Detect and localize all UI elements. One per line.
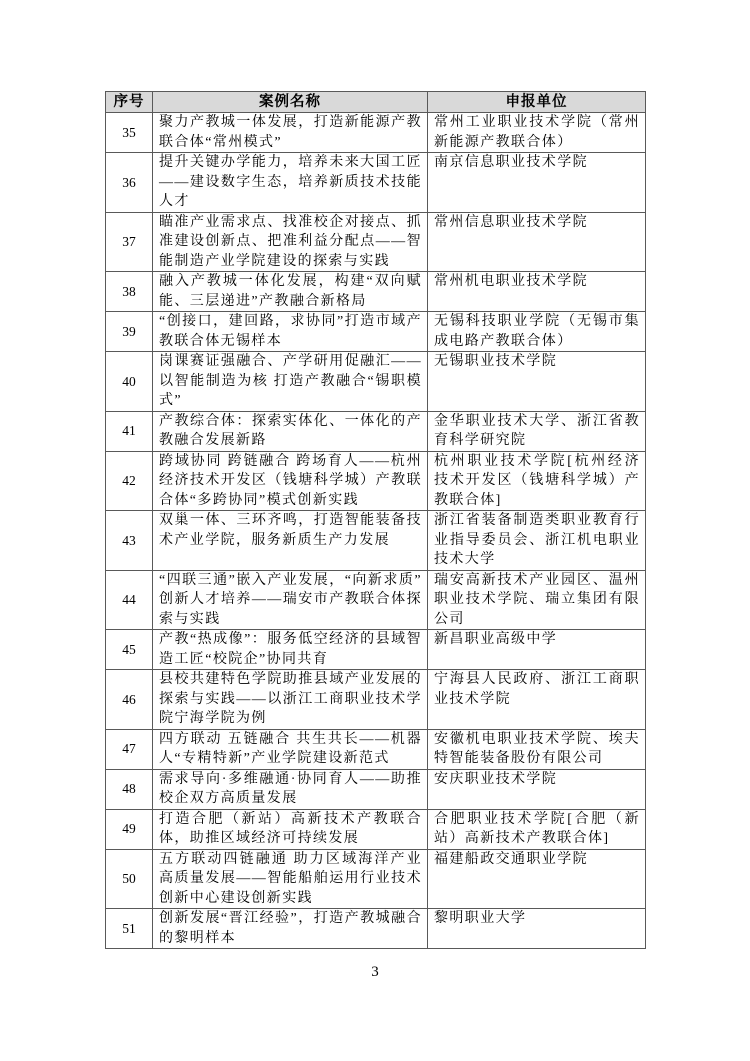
unit-cell: 常州信息职业技术学院	[428, 212, 646, 272]
unit-cell: 合肥职业技术学院[合肥（新站）高新技术产教联合体]	[428, 809, 646, 849]
case-name-cell: 融入产教城一体化发展，构建“双向赋能、三层递进”产教融合新格局	[153, 272, 428, 312]
header-cell-unit: 申报单位	[428, 92, 646, 113]
row-number-cell: 49	[106, 809, 153, 849]
table-row: 45产教“热成像”：服务低空经济的县域智造工匠“校院企”协同共育新昌职业高级中学	[106, 630, 646, 670]
row-number-cell: 41	[106, 411, 153, 451]
table-row: 44“四联三通”嵌入产业发展，“向新求质”创新人才培养——瑞安市产教联合体探索与…	[106, 570, 646, 630]
table-row: 41产教综合体：探索实体化、一体化的产教融合发展新路金华职业技术大学、浙江省教育…	[106, 411, 646, 451]
page-footer: 3	[0, 962, 750, 982]
row-number-cell: 39	[106, 312, 153, 352]
unit-cell: 黎明职业大学	[428, 909, 646, 949]
unit-cell: 无锡职业技术学院	[428, 352, 646, 412]
unit-cell: 安徽机电职业技术学院、埃夫特智能装备股份有限公司	[428, 729, 646, 769]
document-page: 序号 案例名称 申报单位 35聚力产教城一体发展，打造新能源产教联合体“常州模式…	[0, 0, 750, 1061]
row-number-cell: 38	[106, 272, 153, 312]
case-name-cell: 打造合肥（新站）高新技术产教联合体，助推区域经济可持续发展	[153, 809, 428, 849]
unit-cell: 杭州职业技术学院[杭州经济技术开发区（钱塘科学城）产教联合体]	[428, 451, 646, 511]
case-name-cell: 跨域协同 跨链融合 跨场育人——杭州经济技术开发区（钱塘科学城）产教联合体“多跨…	[153, 451, 428, 511]
unit-cell: 新昌职业高级中学	[428, 630, 646, 670]
row-number-cell: 45	[106, 630, 153, 670]
cases-table: 序号 案例名称 申报单位 35聚力产教城一体发展，打造新能源产教联合体“常州模式…	[105, 91, 646, 949]
row-number-cell: 35	[106, 113, 153, 153]
case-name-cell: 四方联动 五链融合 共生共长——机器人“专精特新”产业学院建设新范式	[153, 729, 428, 769]
case-name-cell: 岗课赛证强融合、产学研用促融汇——以智能制造为核 打造产教融合“锡职模式”	[153, 352, 428, 412]
row-number-cell: 47	[106, 729, 153, 769]
table-row: 50五方联动四链融通 助力区域海洋产业高质量发展——智能船舶运用行业技术创新中心…	[106, 849, 646, 909]
table-row: 47四方联动 五链融合 共生共长——机器人“专精特新”产业学院建设新范式安徽机电…	[106, 729, 646, 769]
case-name-cell: “四联三通”嵌入产业发展，“向新求质”创新人才培养——瑞安市产教联合体探索与实践	[153, 570, 428, 630]
case-name-cell: 产教“热成像”：服务低空经济的县域智造工匠“校院企”协同共育	[153, 630, 428, 670]
row-number-cell: 48	[106, 769, 153, 809]
table-row: 43双巢一体、三环齐鸣，打造智能装备技术产业学院，服务新质生产力发展浙江省装备制…	[106, 511, 646, 571]
unit-cell: 瑞安高新技术产业园区、温州职业技术学院、瑞立集团有限公司	[428, 570, 646, 630]
case-name-cell: 提升关键办学能力，培养未来大国工匠——建设数字生态，培养新质技术技能人才	[153, 153, 428, 213]
row-number-cell: 43	[106, 511, 153, 571]
unit-cell: 金华职业技术大学、浙江省教育科学研究院	[428, 411, 646, 451]
unit-cell: 南京信息职业技术学院	[428, 153, 646, 213]
table-row: 51创新发展“晋江经验”，打造产教城融合的黎明样本黎明职业大学	[106, 909, 646, 949]
case-name-cell: 县校共建特色学院助推县域产业发展的探索与实践——以浙江工商职业技术学院宁海学院为…	[153, 670, 428, 730]
unit-cell: 安庆职业技术学院	[428, 769, 646, 809]
row-number-cell: 36	[106, 153, 153, 213]
unit-cell: 宁海县人民政府、浙江工商职业技术学院	[428, 670, 646, 730]
table-row: 36提升关键办学能力，培养未来大国工匠——建设数字生态，培养新质技术技能人才南京…	[106, 153, 646, 213]
unit-cell: 常州工业职业技术学院（常州新能源产教联合体）	[428, 113, 646, 153]
case-name-cell: 创新发展“晋江经验”，打造产教城融合的黎明样本	[153, 909, 428, 949]
case-name-cell: 五方联动四链融通 助力区域海洋产业高质量发展——智能船舶运用行业技术创新中心建设…	[153, 849, 428, 909]
unit-cell: 福建船政交通职业学院	[428, 849, 646, 909]
unit-cell: 浙江省装备制造类职业教育行业指导委员会、浙江机电职业技术大学	[428, 511, 646, 571]
case-name-cell: 需求导向·多维融通·协同育人——助推校企双方高质量发展	[153, 769, 428, 809]
table-row: 48需求导向·多维融通·协同育人——助推校企双方高质量发展安庆职业技术学院	[106, 769, 646, 809]
table-row: 37瞄准产业需求点、找准校企对接点、抓准建设创新点、把准利益分配点——智能制造产…	[106, 212, 646, 272]
header-cell-number: 序号	[106, 92, 153, 113]
row-number-cell: 40	[106, 352, 153, 412]
unit-cell: 常州机电职业技术学院	[428, 272, 646, 312]
row-number-cell: 50	[106, 849, 153, 909]
table-row: 35聚力产教城一体发展，打造新能源产教联合体“常州模式”常州工业职业技术学院（常…	[106, 113, 646, 153]
unit-cell: 无锡科技职业学院（无锡市集成电路产教联合体）	[428, 312, 646, 352]
header-cell-case-name: 案例名称	[153, 92, 428, 113]
table-row: 42跨域协同 跨链融合 跨场育人——杭州经济技术开发区（钱塘科学城）产教联合体“…	[106, 451, 646, 511]
table-row: 49打造合肥（新站）高新技术产教联合体，助推区域经济可持续发展合肥职业技术学院[…	[106, 809, 646, 849]
row-number-cell: 42	[106, 451, 153, 511]
table-row: 40岗课赛证强融合、产学研用促融汇——以智能制造为核 打造产教融合“锡职模式”无…	[106, 352, 646, 412]
case-name-cell: “创接口，建回路，求协同”打造市域产教联合体无锡样本	[153, 312, 428, 352]
case-name-cell: 双巢一体、三环齐鸣，打造智能装备技术产业学院，服务新质生产力发展	[153, 511, 428, 571]
row-number-cell: 37	[106, 212, 153, 272]
table-header-row: 序号 案例名称 申报单位	[106, 92, 646, 113]
table-row: 46县校共建特色学院助推县域产业发展的探索与实践——以浙江工商职业技术学院宁海学…	[106, 670, 646, 730]
table-row: 39“创接口，建回路，求协同”打造市域产教联合体无锡样本无锡科技职业学院（无锡市…	[106, 312, 646, 352]
table-row: 38融入产教城一体化发展，构建“双向赋能、三层递进”产教融合新格局常州机电职业技…	[106, 272, 646, 312]
case-name-cell: 产教综合体：探索实体化、一体化的产教融合发展新路	[153, 411, 428, 451]
row-number-cell: 51	[106, 909, 153, 949]
row-number-cell: 46	[106, 670, 153, 730]
case-name-cell: 聚力产教城一体发展，打造新能源产教联合体“常州模式”	[153, 113, 428, 153]
row-number-cell: 44	[106, 570, 153, 630]
case-name-cell: 瞄准产业需求点、找准校企对接点、抓准建设创新点、把准利益分配点——智能制造产业学…	[153, 212, 428, 272]
page-number: 3	[371, 964, 379, 980]
